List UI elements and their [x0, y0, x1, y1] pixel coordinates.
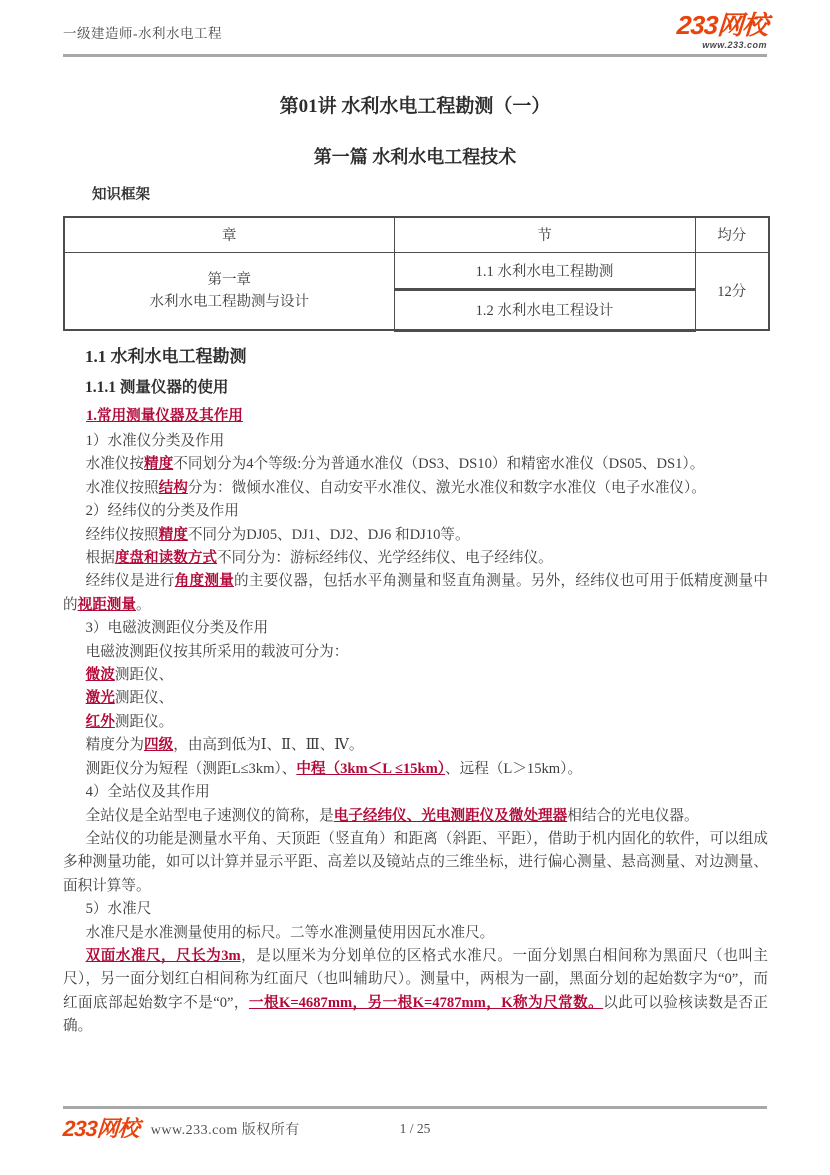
subsection-heading: 1.1.1 测量仪器的使用 — [85, 377, 768, 399]
highlighted-text-segment: 视距测量 — [78, 597, 136, 613]
paragraph: 电磁波测距仪按其所采用的载波可分为： — [63, 641, 768, 664]
content-paragraphs: 1）水准仪分类及作用水准仪按精度不同划分为4个等级:分为普通水准仪（DS3、DS… — [63, 430, 768, 1039]
text-segment: 经纬仪按照 — [86, 527, 159, 543]
document-body: 1.1 水利水电工程勘测 1.1.1 测量仪器的使用 1.常用测量仪器及其作用 … — [63, 345, 768, 1039]
text-segment: 。 — [136, 597, 151, 613]
footer-copyright: www.233.com 版权所有 — [151, 1119, 300, 1139]
col-header-section: 节 — [394, 217, 695, 252]
text-segment: 测距仪、 — [115, 667, 173, 683]
framework-label: 知识框架 — [92, 183, 150, 204]
highlighted-text-segment: 角度测量 — [175, 573, 234, 589]
text-segment: 不同划分为4个等级:分为普通水准仪（DS3、DS10）和精密水准仪（DS05、D… — [173, 456, 704, 472]
brand-logo: 233网校 www.233.com — [677, 12, 767, 52]
text-segment: 水准仪按 — [86, 456, 144, 472]
text-segment: 电磁波测距仪按其所采用的载波可分为： — [86, 644, 349, 660]
page-header: 一级建造师-水利水电工程 233网校 www.233.com — [63, 10, 767, 57]
chapter-line-2: 水利水电工程勘测与设计 — [65, 291, 394, 313]
brand-logo-url: www.233.com — [702, 40, 767, 50]
text-segment: 全站仪是全站型电子速测仪的简称，是 — [86, 808, 334, 824]
section-cell-2: 1.2 水利水电工程设计 — [394, 289, 695, 330]
brand-logo-text: 233网校 — [676, 12, 768, 38]
text-segment: 测距仪分为短程（测距L≤3km）、 — [86, 761, 297, 777]
paragraph: 全站仪的功能是测量水平角、天顶距（竖直角）和距离（斜距、平距），借助于机内固化的… — [63, 828, 768, 898]
chapter-line-1: 第一章 — [65, 269, 394, 291]
table-header-row: 章 节 均分 — [64, 217, 769, 252]
paragraph: 3）电磁波测距仪分类及作用 — [63, 617, 768, 640]
highlighted-text-segment: 结构 — [159, 480, 188, 496]
footer-divider — [63, 1106, 767, 1109]
score-cell: 12分 — [695, 252, 769, 330]
text-segment: 、远程（L＞15km）。 — [445, 761, 582, 777]
topic-heading: 1.常用测量仪器及其作用 — [86, 405, 768, 427]
section-heading: 1.1 水利水电工程勘测 — [85, 345, 768, 368]
highlighted-text-segment: 微波 — [86, 667, 115, 683]
paragraph: 红外测距仪。 — [63, 711, 768, 734]
text-segment: 测距仪、 — [115, 690, 173, 706]
highlighted-text-segment: 精度 — [144, 456, 173, 472]
footer-logo-text: 233网校 — [62, 1118, 139, 1140]
paragraph: 1）水准仪分类及作用 — [63, 430, 768, 453]
paragraph: 5）水准尺 — [63, 898, 768, 921]
text-segment: 5）水准尺 — [86, 901, 152, 917]
text-segment: 水准仪按照 — [86, 480, 159, 496]
page-footer: 233网校 www.233.com 版权所有 1 / 25 — [63, 1112, 767, 1146]
paragraph: 微波测距仪、 — [63, 664, 768, 687]
text-segment: 相结合的光电仪器。 — [567, 808, 698, 824]
paragraph: 4）全站仪及其作用 — [63, 781, 768, 804]
text-segment: 4）全站仪及其作用 — [86, 784, 210, 800]
paragraph: 2）经纬仪的分类及作用 — [63, 500, 768, 523]
text-segment: 3）电磁波测距仪分类及作用 — [86, 620, 268, 636]
text-segment: 经纬仪是进行 — [86, 573, 175, 589]
highlighted-text-segment: 双面水准尺，尺长为3m — [86, 948, 241, 964]
text-segment: 测距仪。 — [115, 714, 173, 730]
paragraph: 全站仪是全站型电子速测仪的简称，是电子经纬仪、光电测距仪及微处理器相结合的光电仪… — [63, 805, 768, 828]
paragraph: 水准仪按照结构分为：微倾水准仪、自动安平水准仪、激光水准仪和数字水准仪（电子水准… — [63, 477, 768, 500]
section-cell-1: 1.1 水利水电工程勘测 — [394, 252, 695, 289]
paragraph: 水准尺是水准测量使用的标尺。二等水准测量使用因瓦水准尺。 — [63, 922, 768, 945]
highlighted-text-segment: 一根K=4687mm，另一根K=4787mm，K称为尺常数。 — [249, 995, 603, 1011]
highlighted-text-segment: 中程（3km＜L ≤15km） — [296, 761, 445, 777]
table-row: 第一章 水利水电工程勘测与设计 1.1 水利水电工程勘测 12分 — [64, 252, 769, 289]
paragraph: 精度分为四级，由高到低为Ⅰ、Ⅱ、Ⅲ、Ⅳ。 — [63, 734, 768, 757]
paragraph: 根据度盘和读数方式不同分为：游标经纬仪、光学经纬仪、电子经纬仪。 — [63, 547, 768, 570]
paragraph: 激光测距仪、 — [63, 687, 768, 710]
text-segment: 水准尺是水准测量使用的标尺。二等水准测量使用因瓦水准尺。 — [86, 925, 495, 941]
highlighted-text-segment: 电子经纬仪、光电测距仪及微处理器 — [334, 808, 568, 824]
paragraph: 双面水准尺，尺长为3m，是以厘米为分划单位的区格式水准尺。一面分划黑白相间称为黑… — [63, 945, 768, 1039]
paragraph: 水准仪按精度不同划分为4个等级:分为普通水准仪（DS3、DS10）和精密水准仪（… — [63, 453, 768, 476]
highlighted-text-segment: 红外 — [86, 714, 115, 730]
header-course-label: 一级建造师-水利水电工程 — [63, 22, 222, 42]
text-segment: 1）水准仪分类及作用 — [86, 433, 225, 449]
highlighted-text-segment: 激光 — [86, 690, 115, 706]
paragraph: 经纬仪是进行角度测量的主要仪器，包括水平角测量和竖直角测量。另外，经纬仪也可用于… — [63, 570, 768, 617]
knowledge-framework-table: 章 节 均分 第一章 水利水电工程勘测与设计 1.1 水利水电工程勘测 12分 … — [63, 216, 770, 332]
text-segment: 不同分为DJ05、DJ1、DJ2、DJ6 和DJ10等。 — [188, 527, 470, 543]
text-segment: 不同分为：游标经纬仪、光学经纬仪、电子经纬仪。 — [217, 550, 553, 566]
highlighted-text-segment: 四级 — [144, 737, 173, 753]
highlighted-text-segment: 精度 — [159, 527, 188, 543]
lecture-title: 第01讲 水利水电工程勘测（一） — [0, 91, 830, 118]
text-segment: ，由高到低为Ⅰ、Ⅱ、Ⅲ、Ⅳ。 — [173, 737, 363, 753]
highlighted-text-segment: 度盘和读数方式 — [115, 550, 217, 566]
chapter-cell: 第一章 水利水电工程勘测与设计 — [64, 252, 394, 330]
paragraph: 经纬仪按照精度不同分为DJ05、DJ1、DJ2、DJ6 和DJ10等。 — [63, 524, 768, 547]
paragraph: 测距仪分为短程（测距L≤3km）、中程（3km＜L ≤15km）、远程（L＞15… — [63, 758, 768, 781]
text-segment: 根据 — [86, 550, 115, 566]
col-header-chapter: 章 — [64, 217, 394, 252]
text-segment: 分为：微倾水准仪、自动安平水准仪、激光水准仪和数字水准仪（电子水准仪）。 — [188, 480, 706, 496]
text-segment: 精度分为 — [86, 737, 144, 753]
text-segment: 全站仪的功能是测量水平角、天顶距（竖直角）和距离（斜距、平距），借助于机内固化的… — [63, 831, 768, 894]
document-page: 一级建造师-水利水电工程 233网校 www.233.com 第01讲 水利水电… — [0, 0, 830, 1175]
col-header-score: 均分 — [695, 217, 769, 252]
text-segment: 2）经纬仪的分类及作用 — [86, 503, 239, 519]
part-title: 第一篇 水利水电工程技术 — [0, 143, 830, 169]
